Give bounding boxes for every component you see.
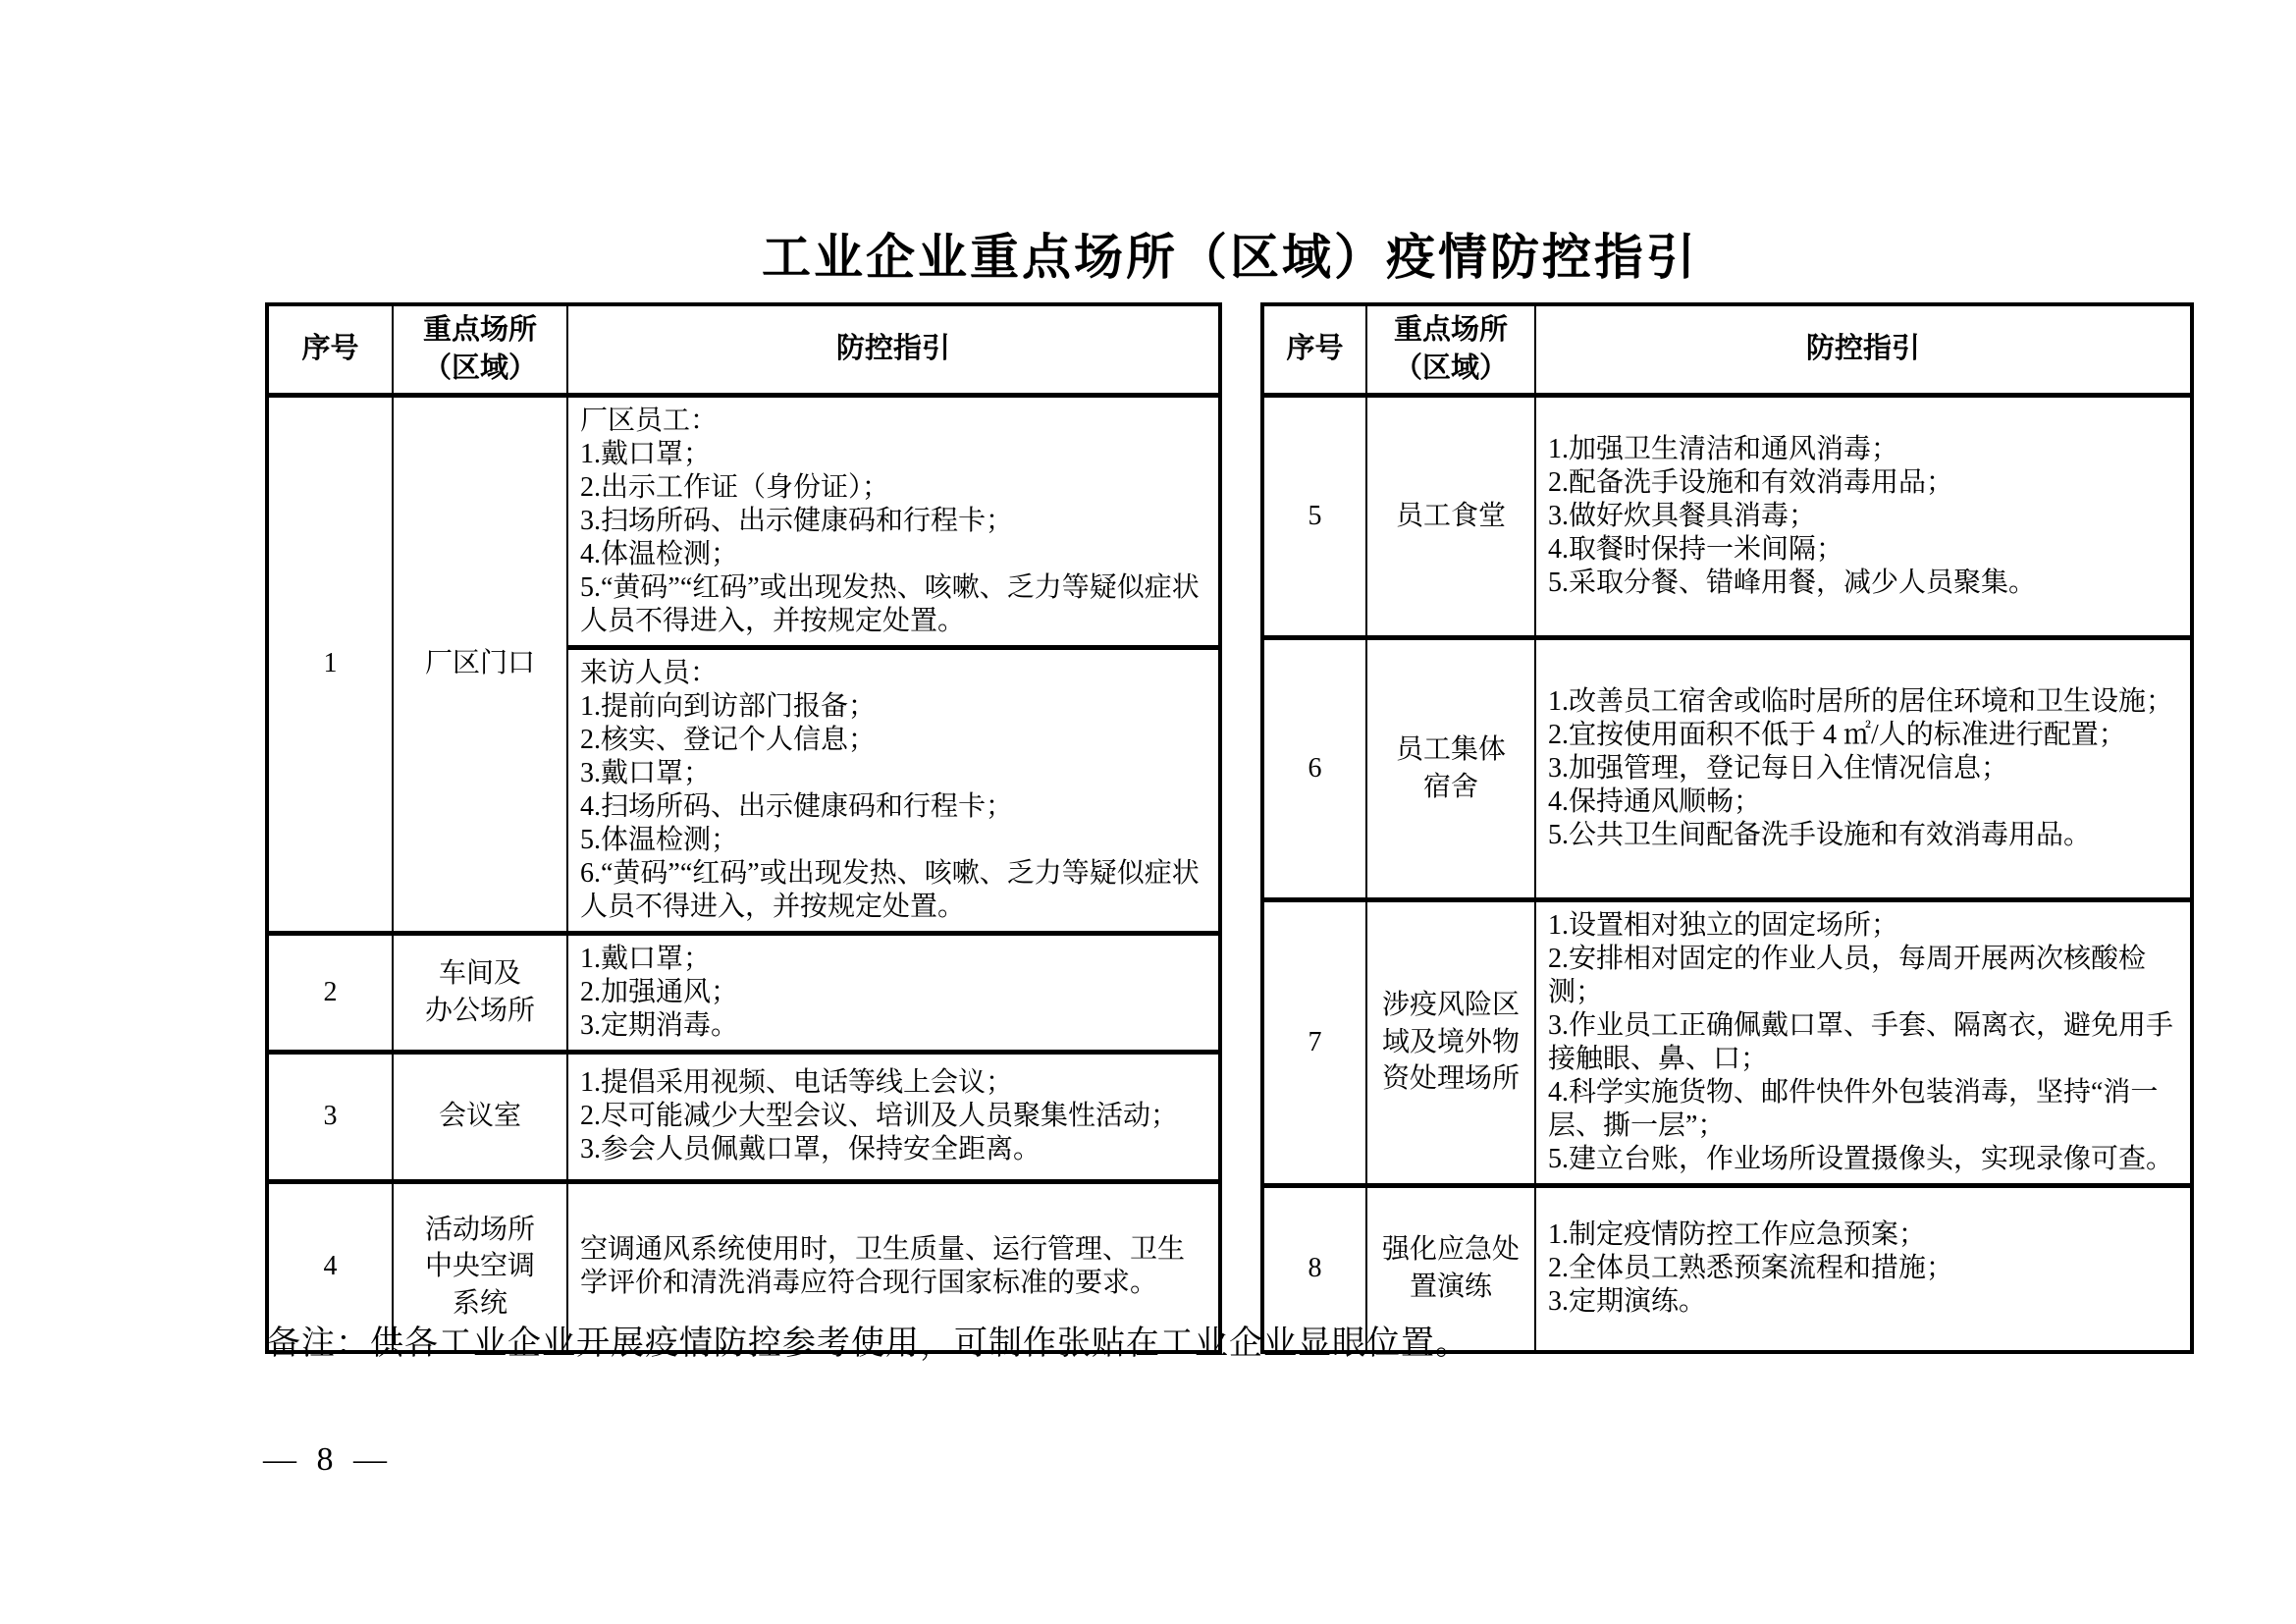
guidance-text: 1.加强卫生清洁和通风消毒； 2.配备洗手设施和有效消毒用品； 3.做好炊具餐具… (1535, 395, 2192, 637)
place-name: 会议室 (393, 1052, 567, 1181)
guidance-text: 厂区员工： 1.戴口罩； 2.出示工作证（身份证）； 3.扫场所码、出示健康码和… (567, 395, 1220, 647)
row-number: 3 (267, 1052, 393, 1181)
guideline-table-left: 序号 重点场所 （区域） 防控指引 1 厂区门口 厂区员工： 1.戴口罩； 2.… (265, 302, 1222, 1354)
col-header-guidance: 防控指引 (1535, 304, 2192, 395)
table-row-1a: 1 厂区门口 厂区员工： 1.戴口罩； 2.出示工作证（身份证）； 3.扫场所码… (267, 395, 1220, 647)
guidance-text: 1.制定疫情防控工作应急预案； 2.全体员工熟悉预案流程和措施； 3.定期演练。 (1535, 1185, 2192, 1352)
table-header-row: 序号 重点场所 （区域） 防控指引 (1262, 304, 2192, 395)
col-header-place: 重点场所 （区域） (1366, 304, 1535, 395)
page-number: — 8 — (263, 1441, 393, 1479)
table-row-5: 5 员工食堂 1.加强卫生清洁和通风消毒； 2.配备洗手设施和有效消毒用品； 3… (1262, 395, 2192, 637)
col-header-guidance: 防控指引 (567, 304, 1220, 395)
page-title: 工业企业重点场所（区域）疫情防控指引 (265, 218, 2195, 289)
guidance-text: 1.改善员工宿舍或临时居所的居住环境和卫生设施； 2.宜按使用面积不低于 4 ㎡… (1535, 637, 2192, 899)
table-row-3: 3 会议室 1.提倡采用视频、电话等线上会议； 2.尽可能减少大型会议、培训及人… (267, 1052, 1220, 1181)
row-number: 7 (1262, 899, 1366, 1185)
guidance-text: 1.戴口罩； 2.加强通风； 3.定期消毒。 (567, 933, 1220, 1052)
row-number: 1 (267, 395, 393, 933)
place-name: 车间及 办公场所 (393, 933, 567, 1052)
place-name: 员工食堂 (1366, 395, 1535, 637)
table-row-7: 7 涉疫风险区 域及境外物 资处理场所 1.设置相对独立的固定场所； 2.安排相… (1262, 899, 2192, 1185)
row-number: 5 (1262, 395, 1366, 637)
table-row-6: 6 员工集体 宿舍 1.改善员工宿舍或临时居所的居住环境和卫生设施； 2.宜按使… (1262, 637, 2192, 899)
table-row-2: 2 车间及 办公场所 1.戴口罩； 2.加强通风； 3.定期消毒。 (267, 933, 1220, 1052)
place-name: 涉疫风险区 域及境外物 资处理场所 (1366, 899, 1535, 1185)
col-header-seq: 序号 (267, 304, 393, 395)
guidance-text: 来访人员： 1.提前向到访部门报备； 2.核实、登记个人信息； 3.戴口罩； 4… (567, 647, 1220, 933)
row-number: 2 (267, 933, 393, 1052)
place-name: 厂区门口 (393, 395, 567, 933)
col-header-place: 重点场所 （区域） (393, 304, 567, 395)
guidance-text: 1.提倡采用视频、电话等线上会议； 2.尽可能减少大型会议、培训及人员聚集性活动… (567, 1052, 1220, 1181)
row-number: 6 (1262, 637, 1366, 899)
document-page: 工业企业重点场所（区域）疫情防控指引 序号 重点场所 （区域） 防控指引 1 厂… (0, 0, 2296, 1624)
table-header-row: 序号 重点场所 （区域） 防控指引 (267, 304, 1220, 395)
footnote: 备注：供各工业企业开展疫情防控参考使用，可制作张贴在工业企业显眼位置。 (267, 1316, 1469, 1364)
guidance-text: 1.设置相对独立的固定场所； 2.安排相对固定的作业人员，每周开展两次核酸检测；… (1535, 899, 2192, 1185)
place-name: 员工集体 宿舍 (1366, 637, 1535, 899)
col-header-seq: 序号 (1262, 304, 1366, 395)
guideline-table-right: 序号 重点场所 （区域） 防控指引 5 员工食堂 1.加强卫生清洁和通风消毒； … (1260, 302, 2194, 1354)
